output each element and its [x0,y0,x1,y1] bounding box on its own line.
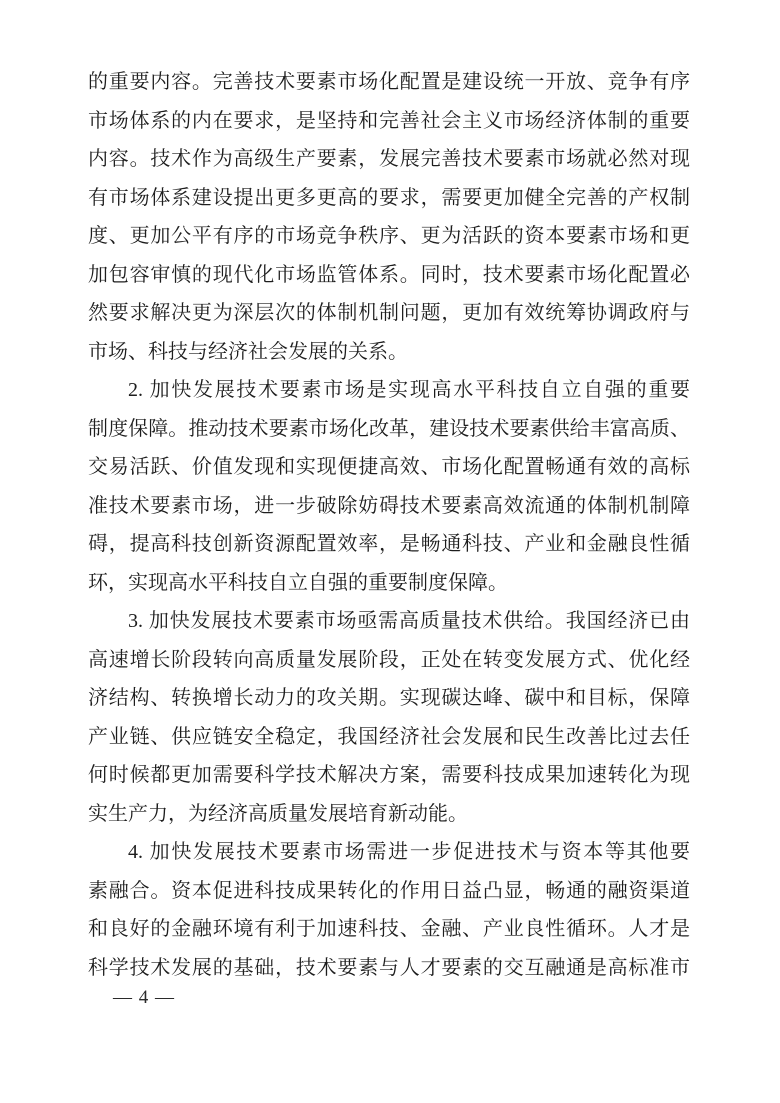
text-line: 交易活跃、价值发现和实现便捷高效、市场化配置畅通有效的高标 [88,448,690,487]
text-line: 产业链、供应链安全稳定，我国经济社会发展和民生改善比过去任 [88,718,690,757]
text-line: 素融合。资本促进科技成果转化的作用日益凸显，畅通的融资渠道 [88,872,690,911]
text-line: 实生产力，为经济高质量发展培育新动能。 [88,795,690,834]
text-line: 度、更加公平有序的市场竞争秩序、更为活跃的资本要素市场和更 [88,217,690,256]
text-line: 高速增长阶段转向高质量发展阶段，正处在转变发展方式、优化经 [88,641,690,680]
text-line: 准技术要素市场，进一步破除妨碍技术要素高效流通的体制机制障 [88,487,690,526]
text-line: 的重要内容。完善技术要素市场化配置是建设统一开放、竞争有序 [88,63,690,102]
page-number: — 4 — [113,987,175,1009]
text-line: 内容。技术作为高级生产要素，发展完善技术要素市场就必然对现 [88,140,690,179]
text-line: 济结构、转换增长动力的攻关期。实现碳达峰、碳中和目标，保障 [88,679,690,718]
text-line: 何时候都更加需要科学技术解决方案，需要科技成果加速转化为现 [88,756,690,795]
text-line: 制度保障。推动技术要素市场化改革，建设技术要素供给丰富高质、 [88,410,690,449]
text-line: 2. 加快发展技术要素市场是实现高水平科技自立自强的重要 [88,371,690,410]
document-body: 的重要内容。完善技术要素市场化配置是建设统一开放、竞争有序市场体系的内在要求，是… [88,63,690,987]
text-line: 有市场体系建设提出更多更高的要求，需要更加健全完善的产权制 [88,179,690,218]
text-line: 环，实现高水平科技自立自强的重要制度保障。 [88,564,690,603]
text-line: 碍，提高科技创新资源配置效率，是畅通科技、产业和金融良性循 [88,525,690,564]
text-line: 和良好的金融环境有利于加速科技、金融、产业良性循环。人才是 [88,910,690,949]
text-line: 市场体系的内在要求，是坚持和完善社会主义市场经济体制的重要 [88,102,690,141]
document-page: 的重要内容。完善技术要素市场化配置是建设统一开放、竞争有序市场体系的内在要求，是… [0,0,780,1103]
text-line: 市场、科技与经济社会发展的关系。 [88,333,690,372]
text-line: 3. 加快发展技术要素市场亟需高质量技术供给。我国经济已由 [88,602,690,641]
text-line: 加包容审慎的现代化市场监管体系。同时，技术要素市场化配置必 [88,256,690,295]
text-line: 然要求解决更为深层次的体制机制问题，更加有效统筹协调政府与 [88,294,690,333]
text-line: 科学技术发展的基础，技术要素与人才要素的交互融通是高标准市 [88,949,690,988]
text-line: 4. 加快发展技术要素市场需进一步促进技术与资本等其他要 [88,833,690,872]
